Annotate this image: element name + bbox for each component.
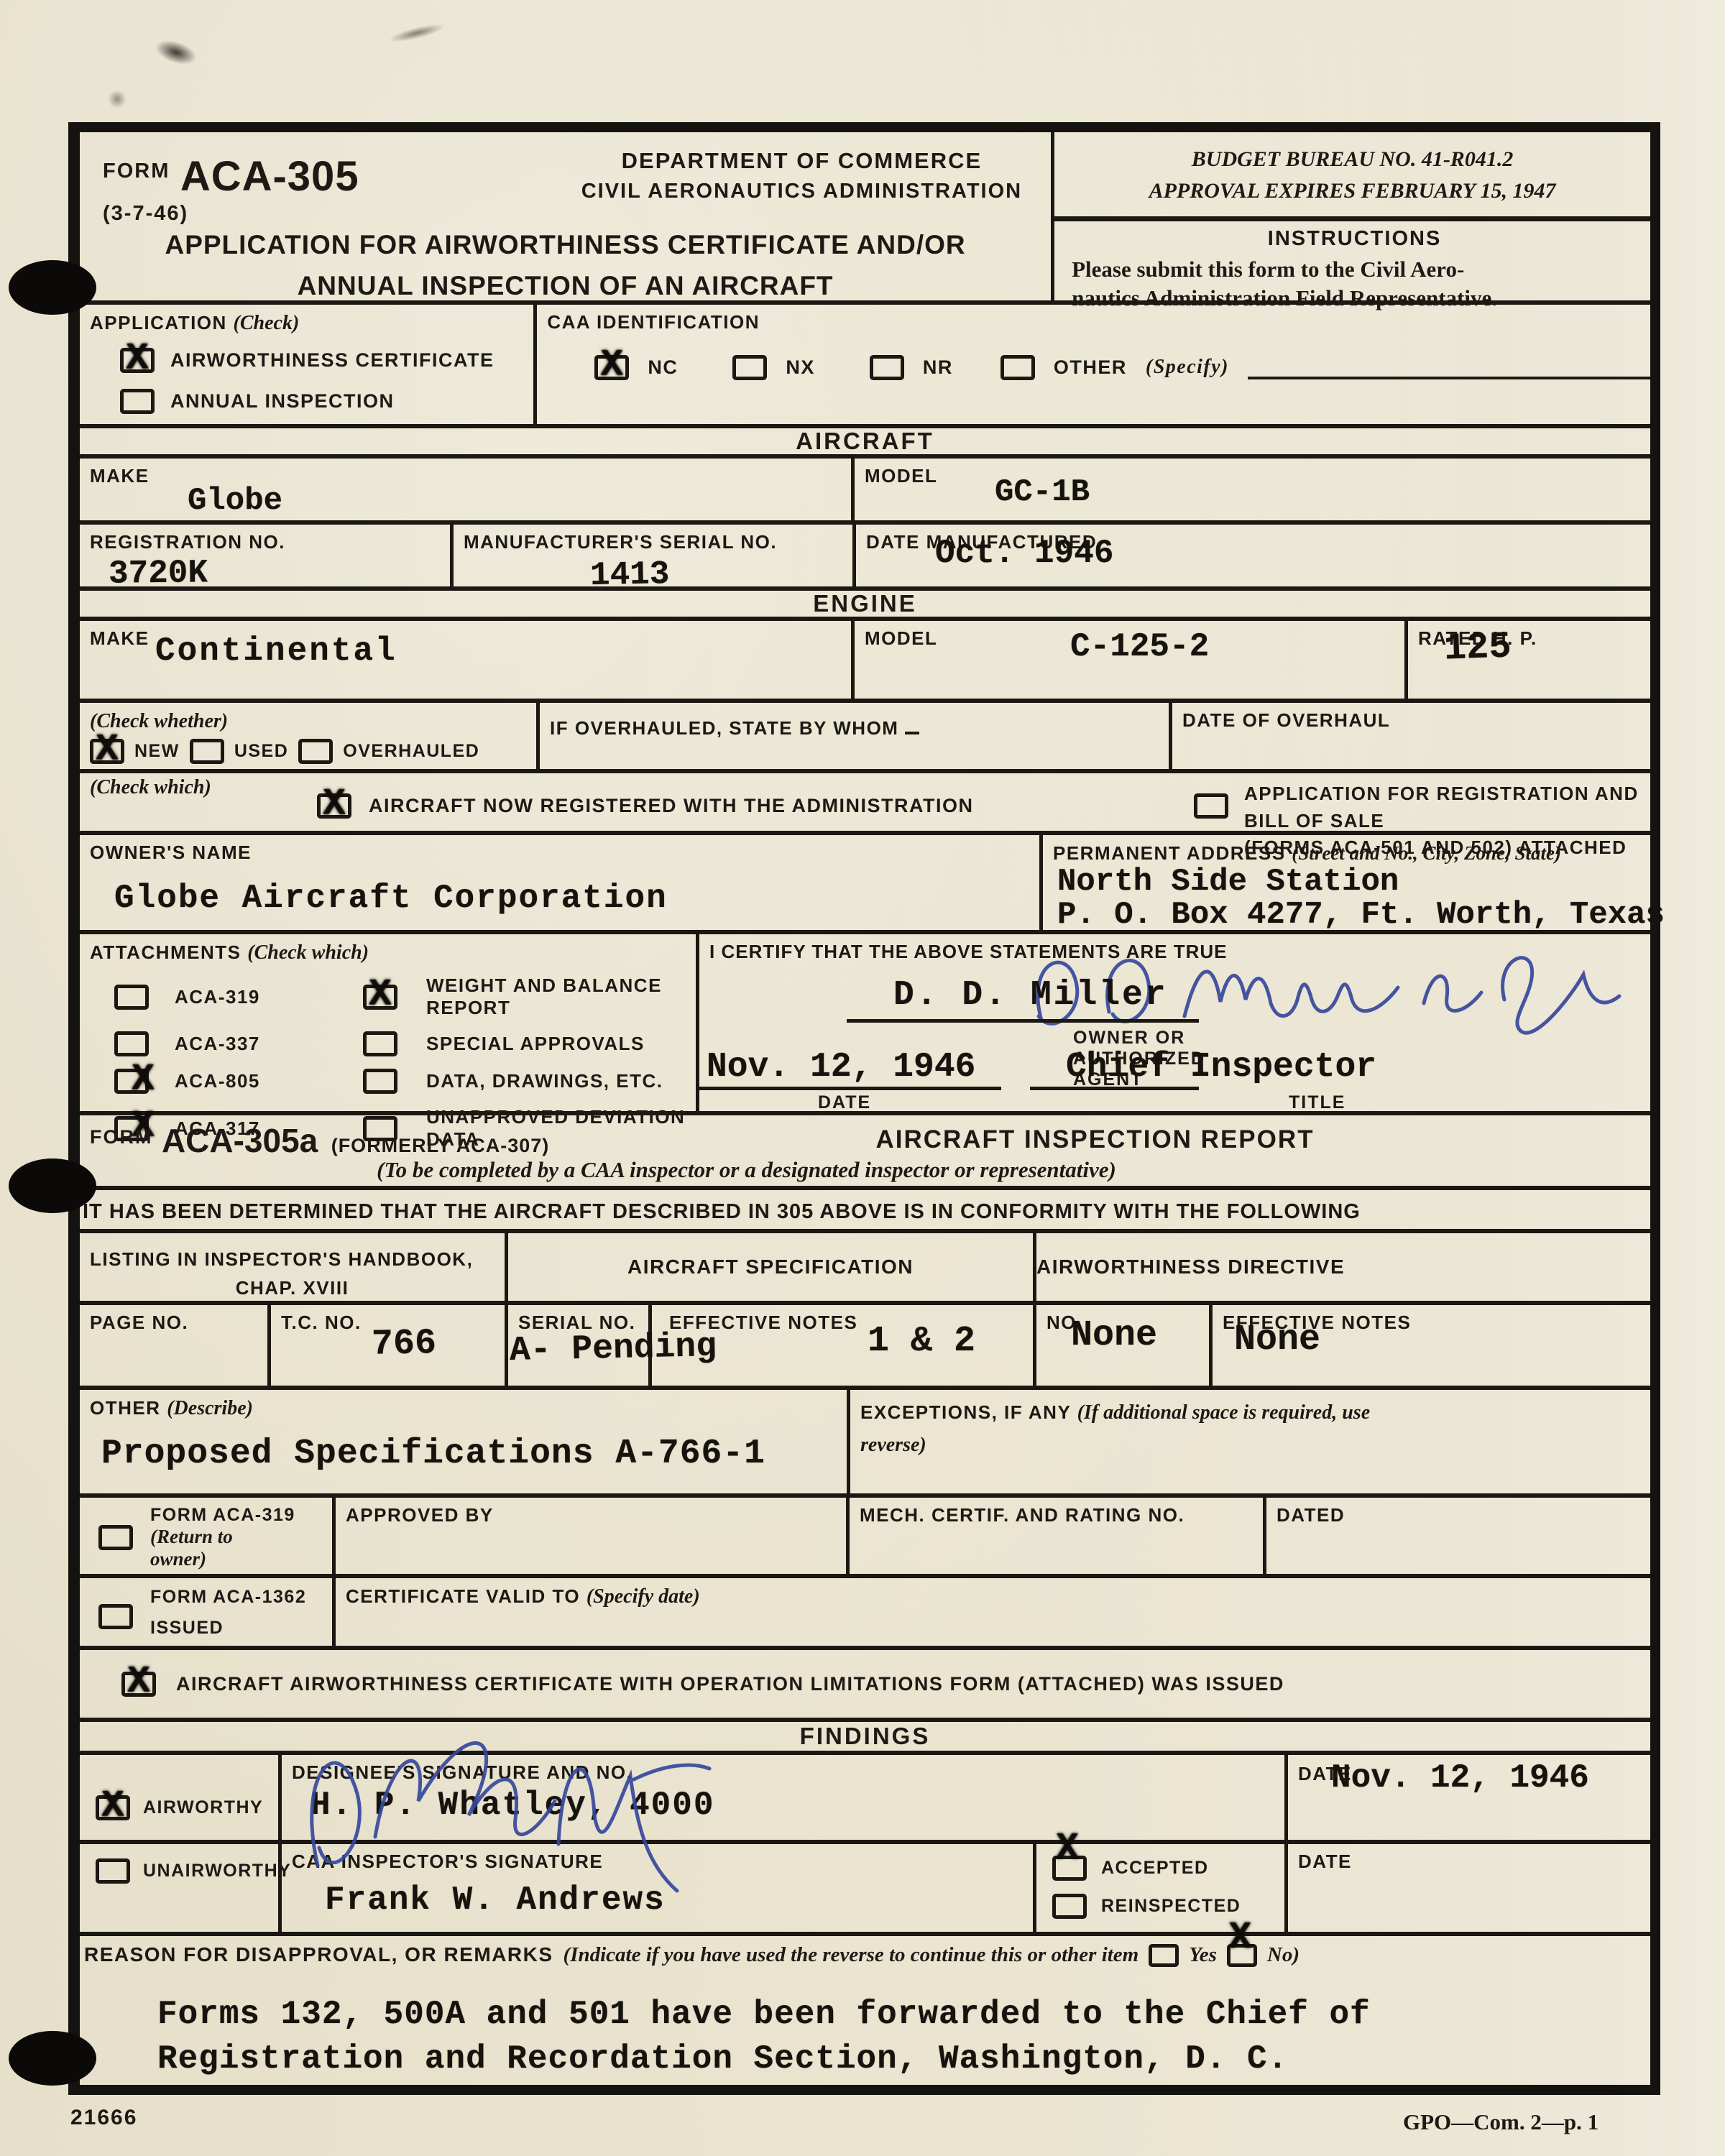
annual-inspection-option: ANNUAL INSPECTION (120, 389, 533, 414)
remarks-no-checkbox: X (1227, 1944, 1257, 1967)
report-subtitle: (To be completed by a CAA inspector or a… (80, 1157, 1413, 1183)
date-manufactured-value: Oct. 1946 (935, 535, 1113, 572)
engine-rated-hp-value: 125 (1443, 625, 1512, 670)
engine-make-cell: MAKE Continental (80, 621, 855, 699)
weight-balance-checkbox: X (363, 985, 397, 1010)
tc-no-cell: T.C. NO. 766 (271, 1305, 508, 1386)
determination-row: IT HAS BEEN DETERMINED THAT THE AIRCRAFT… (80, 1190, 1650, 1233)
report-header-row: FORM ACA-305a (FORMERLY ACA-307) AIRCRAF… (80, 1115, 1650, 1190)
exceptions-cell: EXCEPTIONS, IF ANY (If additional space … (850, 1390, 1370, 1493)
airworthy-option: X AIRWORTHY (80, 1755, 278, 1820)
dated-cell: DATED (1266, 1498, 1345, 1574)
findings-row-2: UNAIRWORTHY CAA INSPECTOR'S SIGNATURE Fr… (80, 1844, 1650, 1936)
aircraft-make-model-row: MAKE Globe MODEL GC-1B (80, 459, 1650, 525)
engine-model-value: C-125-2 (1070, 628, 1209, 665)
aircraft-make-cell: MAKE Globe (80, 459, 855, 520)
owner-row: OWNER'S NAME Globe Aircraft Corporation … (80, 835, 1650, 934)
form-header-right: BUDGET BUREAU NO. 41-R041.2 APPROVAL EXP… (1054, 132, 1650, 300)
nc-checkbox: X (594, 355, 629, 380)
remarks-label: REASON FOR DISAPPROVAL, OR REMARKS (84, 1943, 553, 1966)
certificate-valid-cell: CERTIFICATE VALID TO (Specify date) (336, 1578, 700, 1646)
report-values-row: PAGE NO. T.C. NO. 766 SERIAL NO. A- Pend… (80, 1305, 1650, 1390)
form-aca319-checkbox (98, 1525, 133, 1550)
department-name: DEPARTMENT OF COMMERCE (581, 148, 1022, 174)
issued-checkbox: X (121, 1672, 156, 1697)
airworthiness-certificate-option: X AIRWORTHINESS CERTIFICATE (120, 348, 533, 373)
stamp-number: 21666 (70, 2106, 137, 2130)
form-title: APPLICATION FOR AIRWORTHINESS CERTIFICAT… (80, 224, 1051, 307)
application-row: APPLICATION (Check) X AIRWORTHINESS CERT… (80, 305, 1650, 428)
title-line (1030, 1087, 1199, 1090)
x-mark: X (601, 344, 623, 387)
aca-337-checkbox (114, 1031, 149, 1056)
report-serial-value: A- Pending (509, 1327, 717, 1370)
date-caption: DATE (818, 1092, 871, 1113)
report-form-prefix: FORM (90, 1126, 152, 1148)
aca-305-form: FORM ACA-305 (3-7-46) DEPARTMENT OF COMM… (68, 122, 1660, 2095)
remarks-yes-label: Yes (1189, 1943, 1217, 1967)
hole-punch (9, 1158, 96, 1213)
directive-notes-cell: EFFECTIVE NOTES None (1213, 1305, 1411, 1386)
date-of-overhaul-cell: DATE OF OVERHAUL (1172, 703, 1390, 769)
accepted-option: X ACCEPTED (1036, 1844, 1284, 1881)
unairworthy-option: UNAIRWORTHY (80, 1844, 278, 1884)
x-mark: X (369, 974, 391, 1016)
aca-805-checkbox: X (114, 1069, 149, 1094)
remarks-row: REASON FOR DISAPPROVAL, OR REMARKS (Indi… (80, 1936, 1650, 2085)
findings-row-1: X AIRWORTHY DESIGNEE'S SIGNATURE AND NO.… (80, 1755, 1650, 1844)
new-checkbox: X (90, 739, 124, 764)
administration-name: CIVIL AERONAUTICS ADMINISTRATION (581, 180, 1022, 203)
other-exceptions-row: OTHER (Describe) Proposed Specifications… (80, 1390, 1650, 1498)
form-revision: (3-7-46) (103, 202, 359, 226)
aircraft-registration-row: REGISTRATION NO. 3720K MANUFACTURER'S SE… (80, 525, 1650, 591)
findings-section-header: FINDINGS (80, 1722, 1650, 1755)
instructions-box: INSTRUCTIONS Please submit this form to … (1054, 221, 1650, 313)
nr-checkbox (870, 355, 904, 380)
form-number: ACA-305 (180, 152, 359, 201)
remarks-hint: (Indicate if you have used the reverse t… (563, 1943, 1139, 1967)
budget-bureau-box: BUDGET BUREAU NO. 41-R041.2 APPROVAL EXP… (1054, 132, 1650, 221)
aircraft-make-value: Globe (188, 483, 282, 519)
nx-checkbox (732, 355, 767, 380)
title-caption: TITLE (1289, 1092, 1345, 1113)
inspector-value: Frank W. Andrews (325, 1881, 666, 1919)
owner-address-cell: PERMANENT ADDRESS (Street and No., City,… (1043, 835, 1561, 930)
engine-make-value: Continental (155, 632, 397, 670)
owner-address-line2: P. O. Box 4277, Ft. Worth, Texas (1057, 897, 1665, 933)
report-form-number: ACA-305a (162, 1122, 318, 1159)
other-specify-line (1248, 355, 1650, 379)
serial-no-cell: SERIAL NO. A- Pending (508, 1305, 652, 1386)
serial-cell: MANUFACTURER'S SERIAL NO. 1413 (454, 525, 856, 586)
scanned-document-page: FORM ACA-305 (3-7-46) DEPARTMENT OF COMM… (0, 0, 1725, 2156)
signature-line (847, 1019, 1199, 1023)
aca319-cell: FORM ACA-319 (Return to owner) (80, 1498, 336, 1574)
spec-header-cell: AIRCRAFT SPECIFICATION (508, 1233, 1036, 1301)
gpo-print-line: GPO—Com. 2—p. 1 (1403, 2109, 1598, 2135)
used-checkbox (190, 739, 224, 764)
check-whether-cell: (Check whether) X NEW USED OVERHAULED (80, 703, 540, 769)
attachments-certify-row: ATTACHMENTS (Check which) ACA-319 X WEIG… (80, 934, 1650, 1115)
designee-signature-cell: DESIGNEE'S SIGNATURE AND NO. H. P. Whatl… (282, 1755, 1288, 1840)
findings-date-cell: DATE Nov. 12, 1946 (1288, 1755, 1352, 1840)
remarks-line2: Registration and Recordation Section, Wa… (157, 2040, 1650, 2078)
caa-inspector-cell: CAA INSPECTOR'S SIGNATURE Frank W. Andre… (282, 1844, 1036, 1932)
registered-checkbox: X (317, 793, 351, 819)
data-drawings-checkbox (363, 1069, 397, 1094)
determination-text: IT HAS BEEN DETERMINED THAT THE AIRCRAFT… (80, 1190, 1361, 1229)
x-mark: X (132, 1058, 154, 1100)
aca1362-row: FORM ACA-1362 ISSUED CERTIFICATE VALID T… (80, 1578, 1650, 1650)
engine-make-model-row: MAKE Continental MODEL C-125-2 RATED H. … (80, 621, 1650, 703)
date-manufactured-cell: DATE MANUFACTURED Oct. 1946 (856, 525, 1097, 586)
directive-header-cell: AIRWORTHINESS DIRECTIVE (1036, 1233, 1345, 1301)
certification-title-value: Chief Inspector (1066, 1048, 1376, 1087)
remarks-line1: Forms 132, 500A and 501 have been forwar… (157, 1996, 1650, 2033)
other-cell: OTHER (Describe) Proposed Specifications… (80, 1390, 850, 1493)
certification-date-value: Nov. 12, 1946 (707, 1048, 975, 1087)
remarks-no-label: No) (1267, 1943, 1299, 1967)
aca-319-checkbox (114, 985, 149, 1010)
signed-name-typed: D. D. Miller (893, 976, 1168, 1015)
ink-smudge (387, 21, 446, 46)
instructions-title: INSTRUCTIONS (1072, 227, 1637, 251)
engine-rated-hp-cell: RATED H. P. 125 (1408, 621, 1537, 699)
registered-option: X AIRCRAFT NOW REGISTERED WITH THE ADMIN… (317, 793, 973, 819)
x-mark: X (1229, 1917, 1251, 1959)
other-checkbox (1000, 355, 1035, 380)
form-header-left: FORM ACA-305 (3-7-46) DEPARTMENT OF COMM… (80, 132, 1054, 300)
x-mark: X (1056, 1828, 1078, 1870)
designee-value: H. P. Whatley, 4000 (310, 1787, 715, 1824)
x-mark: X (323, 783, 345, 825)
directive-no-value: None (1071, 1315, 1157, 1356)
report-column-headers: LISTING IN INSPECTOR'S HANDBOOK, CHAP. X… (80, 1233, 1650, 1305)
registration-cell: REGISTRATION NO. 3720K (80, 525, 454, 586)
x-mark: X (96, 728, 118, 770)
form-aca1362-checkbox (98, 1604, 133, 1629)
airworthy-checkbox: X (96, 1795, 130, 1820)
bill-of-sale-checkbox (1194, 793, 1228, 819)
page-no-cell: PAGE NO. (80, 1305, 271, 1386)
unairworthy-checkbox (96, 1858, 130, 1884)
engine-condition-row: (Check whether) X NEW USED OVERHAULED IF… (80, 703, 1650, 773)
aircraft-model-cell: MODEL GC-1B (855, 459, 937, 520)
issued-option: X AIRCRAFT AIRWORTHINESS CERTIFICATE WIT… (80, 1650, 1650, 1718)
tc-no-value: 766 (372, 1323, 437, 1365)
form-prefix: FORM (103, 160, 170, 183)
engine-section-header: ENGINE (80, 591, 1650, 621)
listing-header-cell: LISTING IN INSPECTOR'S HANDBOOK, CHAP. X… (80, 1233, 508, 1301)
annual-inspection-checkbox (120, 389, 155, 414)
application-cell: APPLICATION (Check) X AIRWORTHINESS CERT… (80, 305, 537, 424)
directive-notes-value: None (1234, 1319, 1320, 1360)
engine-model-cell: MODEL C-125-2 (855, 621, 1408, 699)
issued-row: X AIRCRAFT AIRWORTHINESS CERTIFICATE WIT… (80, 1650, 1650, 1722)
ink-smudge (108, 90, 126, 109)
date-line (699, 1087, 1001, 1090)
x-mark: X (101, 1784, 124, 1827)
aircraft-model-value: GC-1B (995, 474, 1090, 510)
registration-status-row: (Check which) X AIRCRAFT NOW REGISTERED … (80, 773, 1650, 835)
x-mark: X (126, 337, 148, 379)
hole-punch (9, 260, 96, 315)
registration-status-cell: (Check which) X AIRCRAFT NOW REGISTERED … (80, 773, 1650, 831)
aircraft-section-header: AIRCRAFT (80, 428, 1650, 459)
ink-smudge (152, 35, 200, 69)
effective-notes-value: 1 & 2 (868, 1321, 975, 1362)
owner-name-value: Globe Aircraft Corporation (114, 880, 668, 917)
serial-value: 1413 (590, 556, 670, 594)
overhauled-checkbox (298, 739, 333, 764)
form-header: FORM ACA-305 (3-7-46) DEPARTMENT OF COMM… (80, 132, 1650, 305)
x-mark: X (127, 1661, 149, 1703)
reinspected-option: REINSPECTED (1036, 1881, 1284, 1919)
owner-name-cell: OWNER'S NAME Globe Aircraft Corporation (80, 835, 1043, 930)
special-approvals-checkbox (363, 1031, 397, 1056)
approved-by-cell: APPROVED BY (336, 1498, 850, 1574)
owner-address-line1: North Side Station (1057, 864, 1399, 900)
unairworthy-cell: UNAIRWORTHY (80, 1844, 282, 1932)
attachments-cell: ATTACHMENTS (Check which) ACA-319 X WEIG… (80, 934, 699, 1111)
hole-punch (9, 2031, 96, 2086)
aca1362-cell: FORM ACA-1362 ISSUED (80, 1578, 336, 1646)
findings-date-value: Nov. 12, 1946 (1331, 1759, 1589, 1797)
aca319-row: FORM ACA-319 (Return to owner) APPROVED … (80, 1498, 1650, 1578)
certification-cell: I CERTIFY THAT THE ABOVE STATEMENTS ARE … (699, 934, 1228, 1111)
findings-date2-cell: DATE (1288, 1844, 1352, 1932)
airworthiness-certificate-checkbox: X (120, 348, 155, 373)
mech-certif-cell: MECH. CERTIF. AND RATING NO. (850, 1498, 1266, 1574)
airworthy-cell: X AIRWORTHY (80, 1755, 282, 1840)
report-title: AIRCRAFT INSPECTION REPORT (540, 1125, 1650, 1154)
remarks-yes-checkbox (1149, 1944, 1179, 1967)
reinspected-checkbox (1052, 1894, 1087, 1919)
directive-no-cell: NO. None (1036, 1305, 1213, 1386)
overhauled-by-cell: IF OVERHAULED, STATE BY WHOM (540, 703, 1172, 769)
caa-identification-cell: CAA IDENTIFICATION X NC NX NR OTHER (Spe… (537, 305, 1650, 424)
other-value: Proposed Specifications A-766-1 (101, 1434, 765, 1473)
registration-value: 3720K (109, 554, 208, 592)
accepted-checkbox: X (1052, 1856, 1087, 1881)
report-formerly: (FORMERLY ACA-307) (331, 1135, 550, 1156)
